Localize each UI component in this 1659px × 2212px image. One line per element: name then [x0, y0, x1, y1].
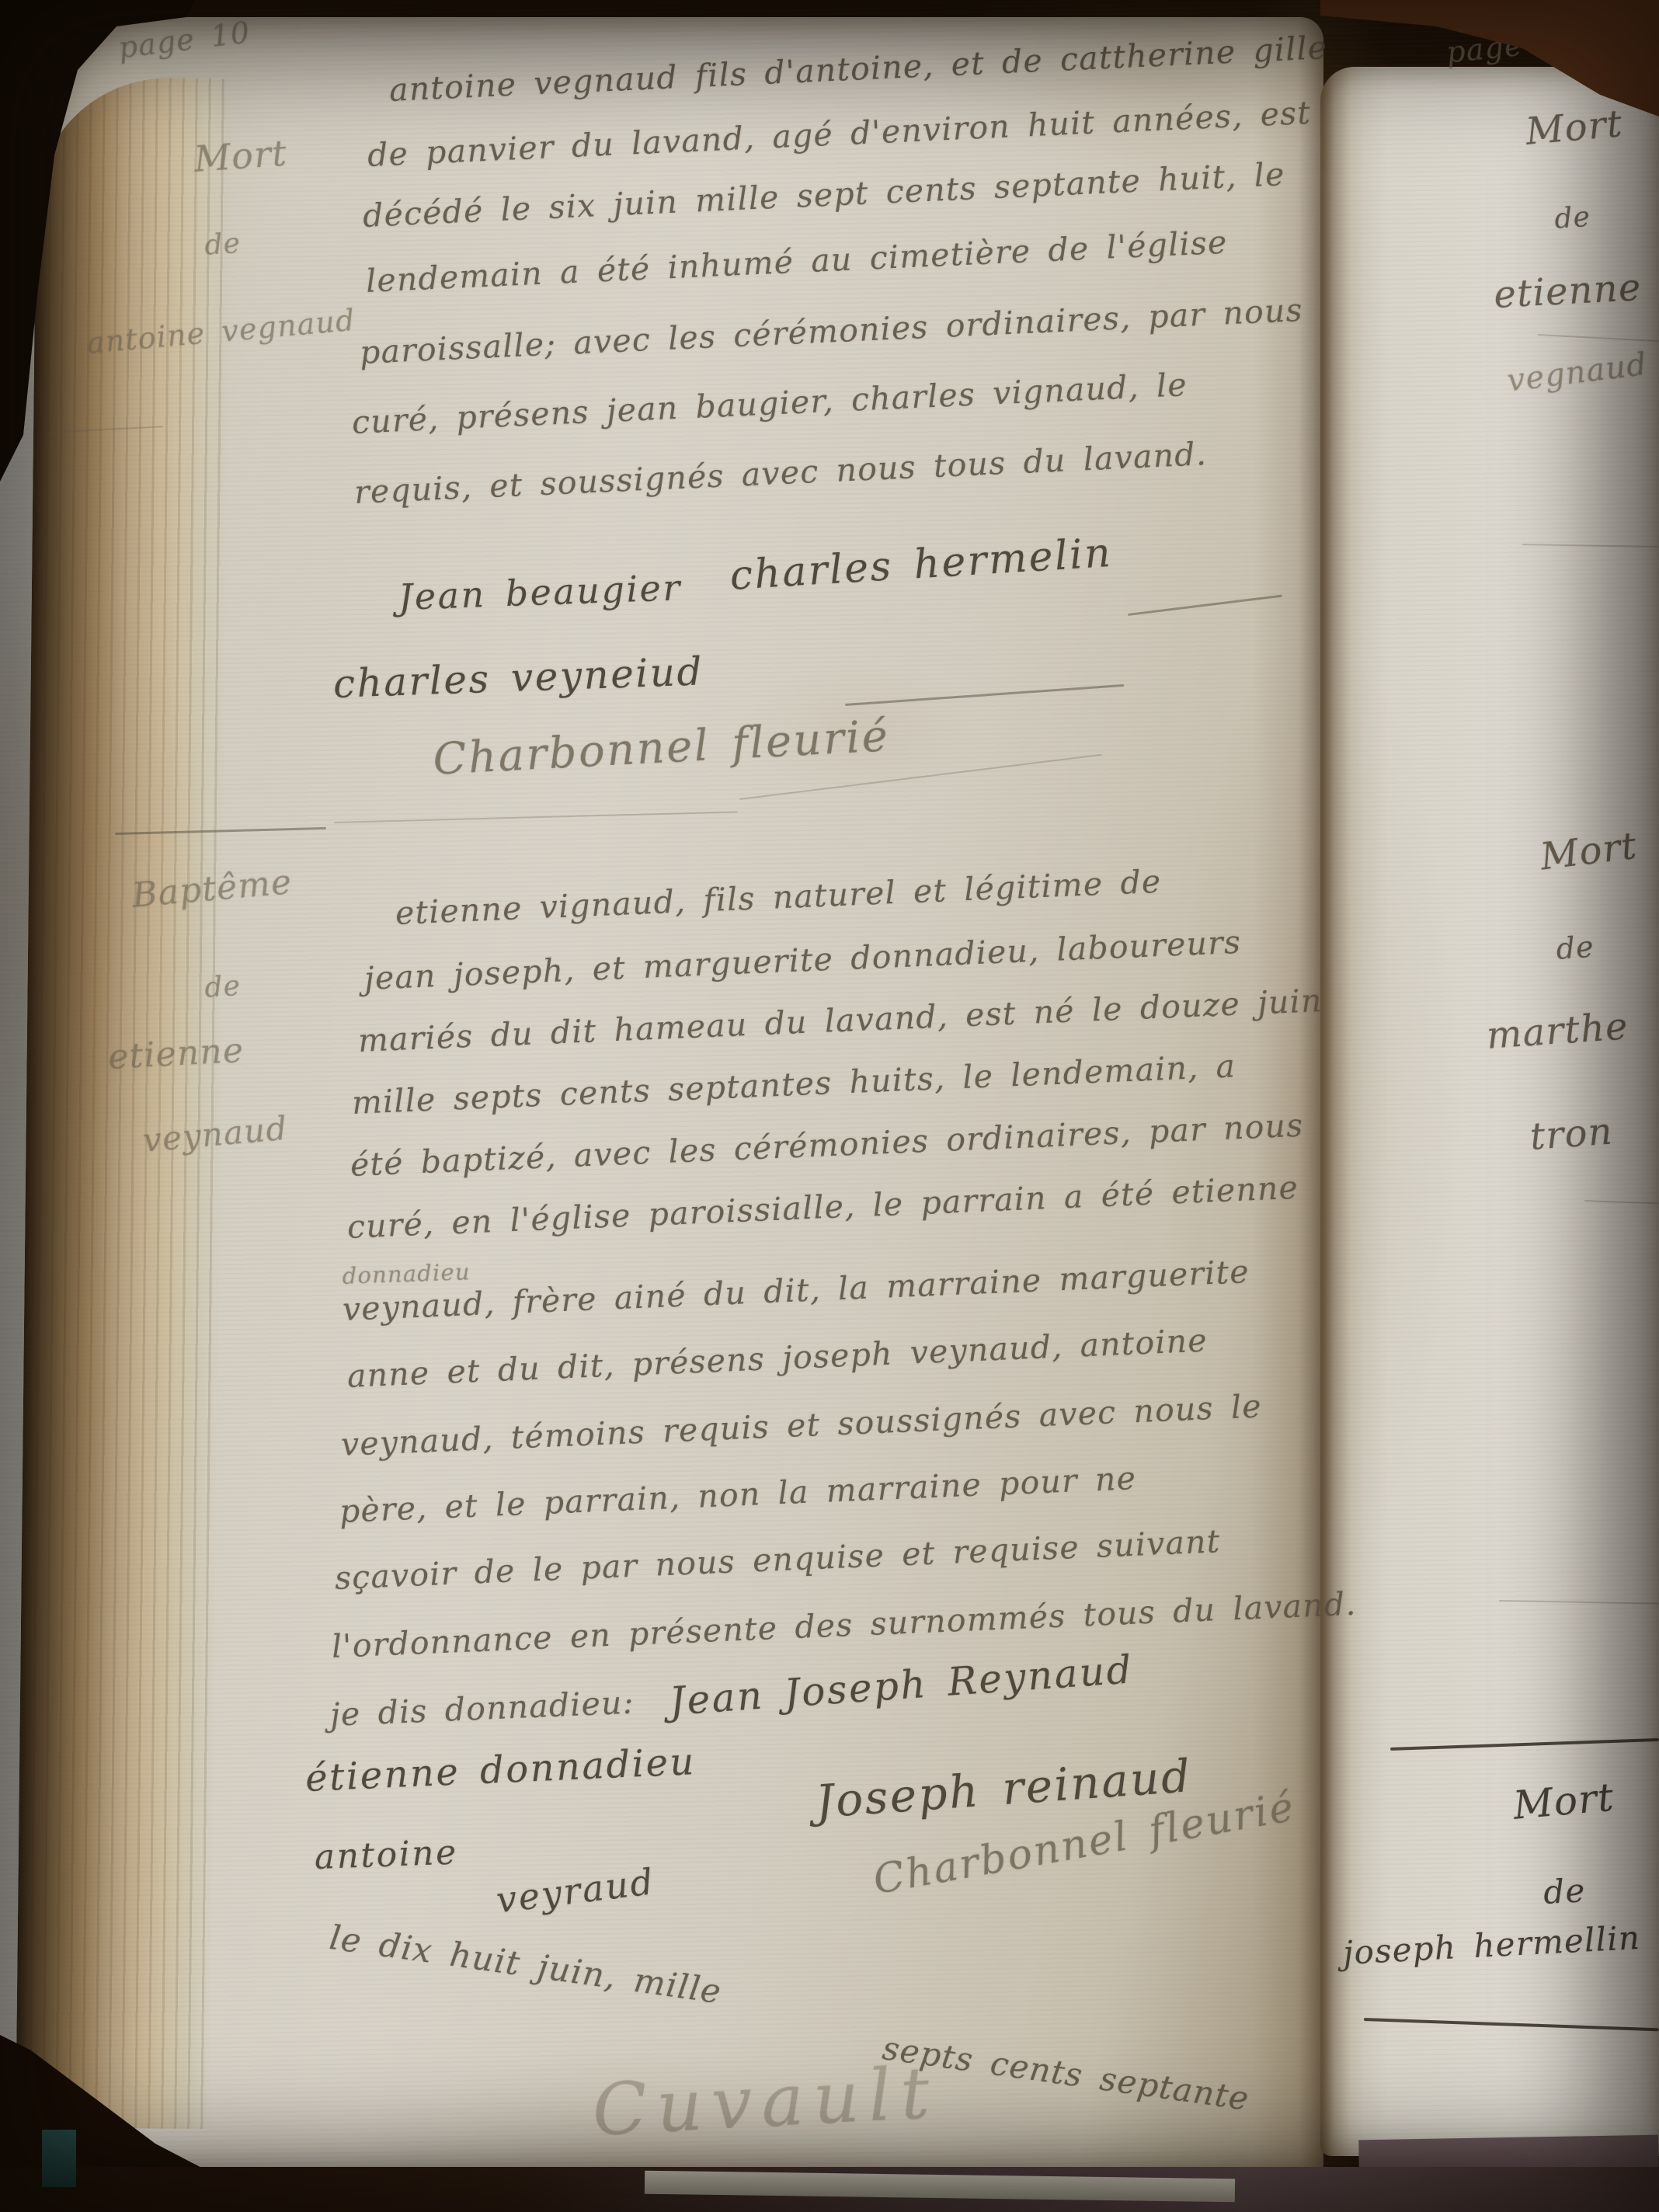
note-etienne-line3: etienne — [1493, 266, 1643, 317]
note-joseph-line2: de — [1542, 1871, 1587, 1911]
record2-interline-correction: donnadieu — [342, 1258, 471, 1289]
bottom-left-teal-patch — [42, 2130, 76, 2187]
note-etienne-line1: Mort — [1524, 102, 1624, 154]
signature-antoine: antoine — [314, 1833, 458, 1877]
note-joseph-line1: Mort — [1511, 1775, 1616, 1828]
record1-margin-line1: Mort — [193, 132, 289, 180]
note-etienne-line2: de — [1553, 201, 1591, 235]
note-marthe-line4: tron — [1529, 1110, 1615, 1159]
record2-margin-line3: etienne — [107, 1031, 245, 1077]
note-marthe-line2: de — [1555, 930, 1595, 966]
manuscript-photo: page 10 Mort de antoine vegnaud antoine … — [0, 0, 1659, 2212]
record2-margin-line2: de — [203, 970, 242, 1004]
record1-margin-line2: de — [203, 228, 242, 262]
